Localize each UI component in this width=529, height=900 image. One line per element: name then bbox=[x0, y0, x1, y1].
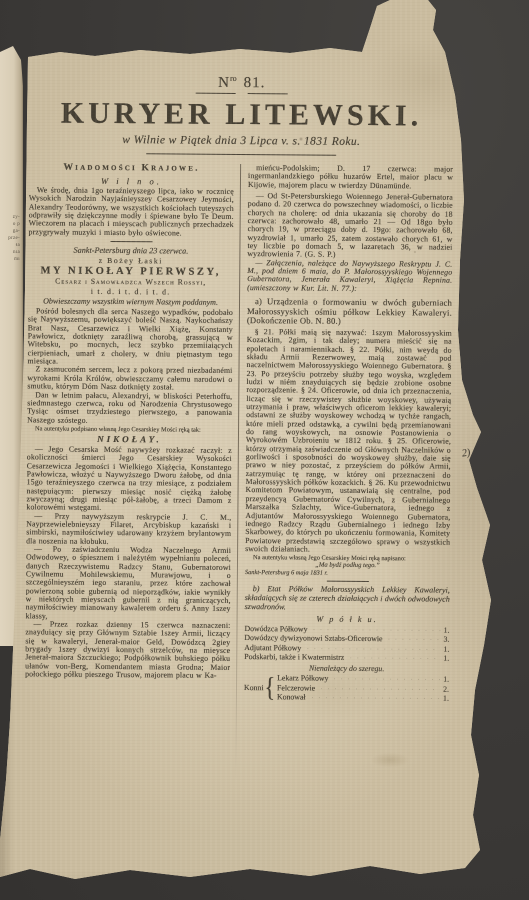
edge-fragment: nia bbox=[0, 249, 23, 256]
manifest-etc-line: i t. d. i t. d. i t. d. bbox=[28, 286, 233, 297]
printed-content: Nro81. KURYER LITEWSKI. w Wilnie w Piąte… bbox=[24, 50, 454, 853]
konni-rows: Lekarz Półkowy1. Felczerowie2. Konował1. bbox=[277, 673, 449, 703]
edge-text-fragments: ży- o p ga- prze- ła nia mi bbox=[0, 214, 23, 263]
etat-value: 1. bbox=[443, 655, 449, 664]
attachment-note: — Załączenia, należące do Naywyższego Re… bbox=[247, 259, 452, 294]
news-item: — Po zaświadczeniu Wodza Naczelnego Armi… bbox=[26, 545, 232, 622]
edge-fragment: mi bbox=[0, 256, 23, 263]
issue-superscript: ro bbox=[230, 74, 237, 83]
news-item: — Przy naywyższym reskrypcie J. C. M., N… bbox=[26, 512, 231, 547]
etat-value: 1. bbox=[443, 695, 449, 704]
edge-fragment: prze- bbox=[0, 235, 23, 242]
wilno-paragraph: We środę, dnia 1go teraźnieyszego lipca,… bbox=[29, 186, 234, 238]
news-item: — Przez rozkaz dzienny 15 czerwca naznac… bbox=[25, 620, 230, 680]
etat-label: Lekarz Półkowy bbox=[277, 674, 328, 683]
masthead-rule bbox=[146, 153, 336, 155]
columns: Wiadomości Krajowe. W i l n o. We środę,… bbox=[24, 162, 453, 783]
issue-no: 81. bbox=[244, 75, 266, 91]
etat-value: 3. bbox=[443, 636, 449, 645]
regulations-paragraph: § 21. Półki maią się nazywać: 1szym Mało… bbox=[245, 328, 452, 555]
masthead: Nro81. KURYER LITEWSKI. w Wilnie w Piąte… bbox=[29, 72, 454, 156]
place-date: Sankt-Petersburg 6 maja 1831 r. bbox=[245, 569, 450, 578]
manifest-paragraph: Pośród bolesnych dla serca Naszego wypad… bbox=[28, 307, 233, 367]
left-column: Wiadomości Krajowe. W i l n o. We środę,… bbox=[24, 162, 240, 782]
etat-subheading: W p ó ł k u. bbox=[245, 614, 450, 625]
masthead-dateline: w Wilnie w Piątek dnia 3 Lipca v. s. 183… bbox=[29, 133, 453, 148]
issue-prefix: N bbox=[218, 75, 230, 91]
etat-row: Podskarbi, także i Kwatermistrz1. bbox=[244, 652, 449, 663]
continuation-paragraph: mieńcu-Podolskim; D. 17 czerwca: major i… bbox=[248, 164, 453, 191]
etat-label: Podskarbi, także i Kwatermistrz bbox=[244, 653, 344, 662]
manifest-paragraph: Dan w letnim pałacu, Alexandryi, w blisk… bbox=[27, 391, 232, 426]
dot-leader bbox=[331, 674, 440, 682]
tsar-signature: NIKOŁAY. bbox=[27, 433, 232, 445]
edge-fragment: ży- bbox=[0, 214, 23, 221]
manifest-address-line: Obwieszczamy wszystkim wiernym Naszym po… bbox=[28, 296, 233, 307]
konni-group: Konni { Lekarz Półkowy1. Felczerowie2. K… bbox=[244, 673, 449, 703]
dot-leader bbox=[309, 693, 441, 701]
etat-value: 2. bbox=[443, 685, 449, 694]
etat-value: 1. bbox=[443, 676, 449, 685]
dot-leader bbox=[318, 683, 440, 691]
cholera-report: — Od St-Petersburskiego Woiennego Jenera… bbox=[247, 192, 453, 260]
issue-underline bbox=[196, 93, 288, 95]
newspaper-title: KURYER LITEWSKI. bbox=[29, 96, 453, 133]
newspaper-page: Nro81. KURYER LITEWSKI. w Wilnie w Piąte… bbox=[0, 0, 529, 900]
etat-label: Felczerowie bbox=[277, 684, 315, 693]
scanner-background: ży- o p ga- prze- ła nia mi Nro81. KURYE… bbox=[0, 0, 529, 900]
dot-leader bbox=[310, 624, 440, 632]
etat-row: Konował1. bbox=[277, 692, 449, 703]
subsection-a-heading: a) Urządzenia o formowaniu w dwóch guber… bbox=[247, 297, 452, 327]
etat-heading: b) Etat Półków Małorossyyskich Lekkiey K… bbox=[245, 585, 450, 613]
petersburg-dateline: Sankt-Petersburg dnia 23 czerwca. bbox=[28, 245, 233, 256]
dot-leader bbox=[347, 653, 440, 661]
dot-leader bbox=[304, 643, 440, 651]
manifest-paragraph: Z zasmuconém sercem, lecz z pokorą przed… bbox=[27, 366, 232, 393]
edge-fragment: ła bbox=[0, 242, 23, 249]
issue-number: Nro81. bbox=[30, 72, 454, 93]
edge-fragment: ga- bbox=[0, 228, 23, 235]
right-column: mieńcu-Podolskim; D. 17 czerwca: major i… bbox=[236, 164, 453, 784]
manifest-style-line: Cesarz i Samowładzca Wszech Rossyi, bbox=[28, 276, 233, 287]
handwritten-mark: 2) bbox=[461, 447, 471, 459]
etat-value: 1. bbox=[444, 626, 450, 635]
news-item: — Jego Cesarska Mość naywyżey rozkazać r… bbox=[26, 445, 232, 513]
etat-value: 1. bbox=[443, 645, 449, 654]
section-rule bbox=[326, 581, 368, 582]
dot-leader bbox=[386, 634, 441, 641]
brace-glyph: { bbox=[264, 671, 275, 704]
edge-fragment: o p bbox=[0, 221, 23, 228]
manifest-grace-line: z Bożey Łaski bbox=[28, 255, 233, 266]
konni-label: Konni bbox=[244, 683, 264, 692]
section-heading: Wiadomości Krajowe. bbox=[29, 162, 234, 174]
etat-label: Konował bbox=[277, 693, 306, 702]
section-rule bbox=[110, 241, 152, 242]
